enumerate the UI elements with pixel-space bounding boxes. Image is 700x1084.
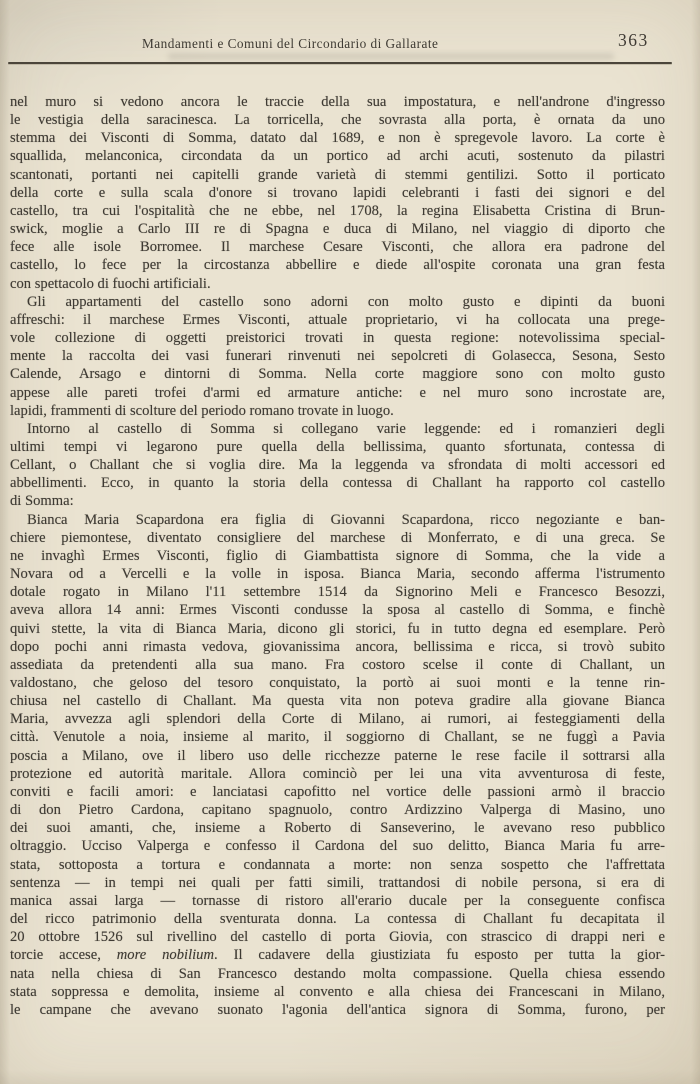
text-line: fece alle isole Borromee. Il marchese Ce… bbox=[10, 238, 665, 256]
header-rule bbox=[8, 62, 672, 64]
text-line: castello, tra cui l'ospitalità che ne eb… bbox=[10, 202, 665, 220]
text-line: del ricco patrimonio della sventurata do… bbox=[10, 910, 665, 928]
text-line: assediata da pretendenti alla sua mano. … bbox=[10, 656, 665, 674]
text-line: squallida, melanconica, circondata da un… bbox=[10, 147, 665, 165]
text-line: manica assai larga — tornasse di ristoro… bbox=[10, 892, 665, 910]
text-line: le vestigia della saracinesca. La torric… bbox=[10, 111, 665, 129]
text-line: scantonati, portanti nei capitelli grand… bbox=[10, 166, 665, 184]
text-segment: . Il cadavere della giustiziata fu espos… bbox=[214, 947, 665, 963]
text-line: castello, lo fece per la circostanza abb… bbox=[10, 256, 665, 274]
text-line: chiere piemontese, diventato consigliere… bbox=[10, 529, 665, 547]
text-line: 20 ottobre 1526 sul rivellino del castel… bbox=[10, 928, 665, 946]
text-line: torcie accese, more nobilium. Il cadaver… bbox=[10, 946, 665, 964]
text-line: con spettacolo di fuochi artificiali. bbox=[10, 275, 665, 293]
text-line: Novara od a Vercelli e la volle in ispos… bbox=[10, 565, 665, 583]
text-line: Intorno al castello di Somma si collegan… bbox=[10, 420, 665, 438]
running-head-title: Mandamenti e Comuni del Circondario di G… bbox=[142, 36, 438, 52]
ink-show-through-smudge bbox=[168, 53, 614, 60]
text-line: poscia a Milano, ove il libero uso delle… bbox=[10, 747, 665, 765]
text-line: affreschi: il marchese Ermes Visconti, a… bbox=[10, 311, 665, 329]
text-line: Gli appartamenti del castello sono adorn… bbox=[10, 293, 665, 311]
text-line: Maria, avvezza agli splendori della Cort… bbox=[10, 710, 665, 728]
text-line: città. Venutole a noia, insieme al marit… bbox=[10, 728, 665, 746]
text-line: sentenza — in tempi nei quali per fatti … bbox=[10, 874, 665, 892]
text-line: ne invaghì Ermes Visconti, figlio di Gia… bbox=[10, 547, 665, 565]
text-line: appese alle pareti trofei d'armi ed arma… bbox=[10, 384, 665, 402]
text-line: aveva allora 14 anni: Ermes Visconti con… bbox=[10, 601, 665, 619]
text-line: lapidi, frammenti di scolture del period… bbox=[10, 402, 665, 420]
text-line: quivi stette, la vita di Bianca Maria, d… bbox=[10, 620, 665, 638]
text-line: oltraggio. Ucciso Valperga e confesso il… bbox=[10, 837, 665, 855]
text-line: della corte e sulla scala d'onore si tro… bbox=[10, 184, 665, 202]
text-line: dopo pochi anni rimasta vedova, giovanis… bbox=[10, 638, 665, 656]
text-line: dei suoi amanti, che, insieme a Roberto … bbox=[10, 819, 665, 837]
text-line: conviti e facili amori: e lanciatasi cap… bbox=[10, 783, 665, 801]
text-line: chiusa nel castello di Challant. Ma ques… bbox=[10, 692, 665, 710]
text-line: dotale rogato in Milano l'11 settembre 1… bbox=[10, 583, 665, 601]
text-line: mente la raccolta dei vasi funerari rinv… bbox=[10, 347, 665, 365]
page-body: nel muro si vedono ancora le traccie del… bbox=[10, 93, 665, 1019]
text-line: abbellimenti. Ecco, in quanto la storia … bbox=[10, 474, 665, 492]
text-segment: torcie accese, bbox=[10, 947, 117, 963]
text-line: Bianca Maria Scapardona era figlia di Gi… bbox=[10, 511, 665, 529]
latin-phrase-italic: more nobilium bbox=[117, 947, 214, 963]
text-line: nata nella chiesa di San Francesco desta… bbox=[10, 965, 665, 983]
text-line: valdostano, che geloso del tesoro conqui… bbox=[10, 674, 665, 692]
text-line: ultimi tempi vi legarono pure quella del… bbox=[10, 438, 665, 456]
text-line: di don Pietro Cardona, capitano spagnuol… bbox=[10, 801, 665, 819]
text-line: di Somma: bbox=[10, 492, 665, 510]
book-page-scan: Mandamenti e Comuni del Circondario di G… bbox=[0, 0, 700, 1084]
text-line: stemma dei Visconti di Somma, datato dal… bbox=[10, 129, 665, 147]
text-line: nel muro si vedono ancora le traccie del… bbox=[10, 93, 665, 111]
text-line: stata soppressa e demolita, insieme al c… bbox=[10, 983, 665, 1001]
text-line: stata, sottoposta a tortura e condannata… bbox=[10, 856, 665, 874]
text-line: Calende, Arsago e dintorni di Somma. Nel… bbox=[10, 365, 665, 383]
text-line: Cellant, o Challant che si voglia dire. … bbox=[10, 456, 665, 474]
text-line: vole collezione di oggetti preistorici t… bbox=[10, 329, 665, 347]
text-line: protezione ed autorità maritale. Allora … bbox=[10, 765, 665, 783]
page-number: 363 bbox=[618, 30, 649, 51]
text-line: swick, moglie a Carlo III re di Spagna e… bbox=[10, 220, 665, 238]
text-line: le campane che avevano suonato l'agonia … bbox=[10, 1001, 665, 1019]
